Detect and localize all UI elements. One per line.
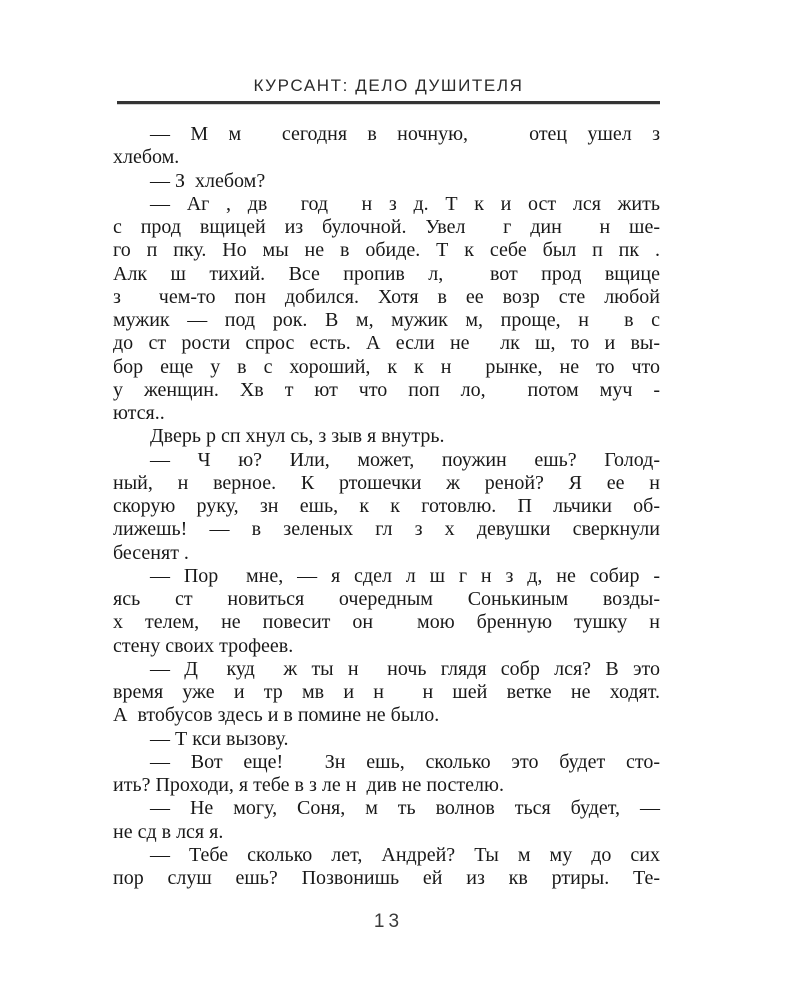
text-line: — Пор мне, — я сдел л ш г н з д, не соби… [113, 565, 660, 588]
text-line: хлебом. [113, 146, 660, 169]
text-line: стену своих трофеев. [113, 635, 660, 658]
text-line: бесенят . [113, 542, 660, 565]
text-line: Дверь р сп хнул сь, з зыв я внутрь. [113, 425, 660, 448]
body-text: — М м сегодня в ночную, отец ушел зхлебо… [113, 123, 660, 890]
text-line: скорую руку, зн ешь, к к готовлю. П льчи… [113, 495, 660, 518]
text-line: — Не могу, Соня, м ть волнов ться будет,… [113, 797, 660, 820]
text-line: бор еще у в с хороший, к к н рынке, не т… [113, 356, 660, 379]
text-line: — Т кси вызову. [113, 728, 660, 751]
text-line: не сд в лся я. [113, 821, 660, 844]
text-line: ясь ст новиться очередным Сонькиным возд… [113, 588, 660, 611]
text-line: — Тебе сколько лет, Андрей? Ты м му до с… [113, 844, 660, 867]
text-line: — Аг , дв год н з д. Т к и ост лся жить [113, 193, 660, 216]
text-line: — Ч ю? Или, может, поужин ешь? Голод- [113, 449, 660, 472]
text-line: — Д куд ж ты н ночь глядя собр лся? В эт… [113, 658, 660, 681]
book-page: КУРСАНТ: ДЕЛО ДУШИТЕЛЯ — М м сегодня в н… [0, 0, 800, 1000]
text-line: ются.. [113, 402, 660, 425]
text-line: — М м сегодня в ночную, отец ушел з [113, 123, 660, 146]
text-line: пор слуш ешь? Позвонишь ей из кв ртиры. … [113, 867, 660, 890]
page-number: 13 [113, 911, 660, 933]
text-line: Алк ш тихий. Все пропив л, вот прод вщиц… [113, 263, 660, 286]
text-line: мужик — под рок. В м, мужик м, проще, н … [113, 309, 660, 332]
text-line: — З хлебом? [113, 170, 660, 193]
header-divider [117, 101, 660, 104]
text-line: ить? Проходи, я тебе в з ле н див не пос… [113, 774, 660, 797]
text-line: — Вот еще! Зн ешь, сколько это будет сто… [113, 751, 660, 774]
running-header: КУРСАНТ: ДЕЛО ДУШИТЕЛЯ [117, 76, 660, 96]
text-line: А втобусов здесь и в помине не было. [113, 704, 660, 727]
text-line: з чем-то пон добился. Хотя в ее возр сте… [113, 286, 660, 309]
text-line: лижешь! — в зеленых гл з х девушки сверк… [113, 518, 660, 541]
text-line: время уже и тр мв и н н шей ветке не ход… [113, 681, 660, 704]
text-line: го п пку. Но мы не в обиде. Т к себе был… [113, 239, 660, 262]
text-line: х телем, не повесит он мою бренную тушку… [113, 611, 660, 634]
text-line: у женщин. Хв т ют что поп ло, потом муч … [113, 379, 660, 402]
text-line: с прод вщицей из булочной. Увел г дин н … [113, 216, 660, 239]
text-line: до ст рости спрос есть. А если не лк ш, … [113, 332, 660, 355]
text-line: ный, н верное. К ртошечки ж реной? Я ее … [113, 472, 660, 495]
